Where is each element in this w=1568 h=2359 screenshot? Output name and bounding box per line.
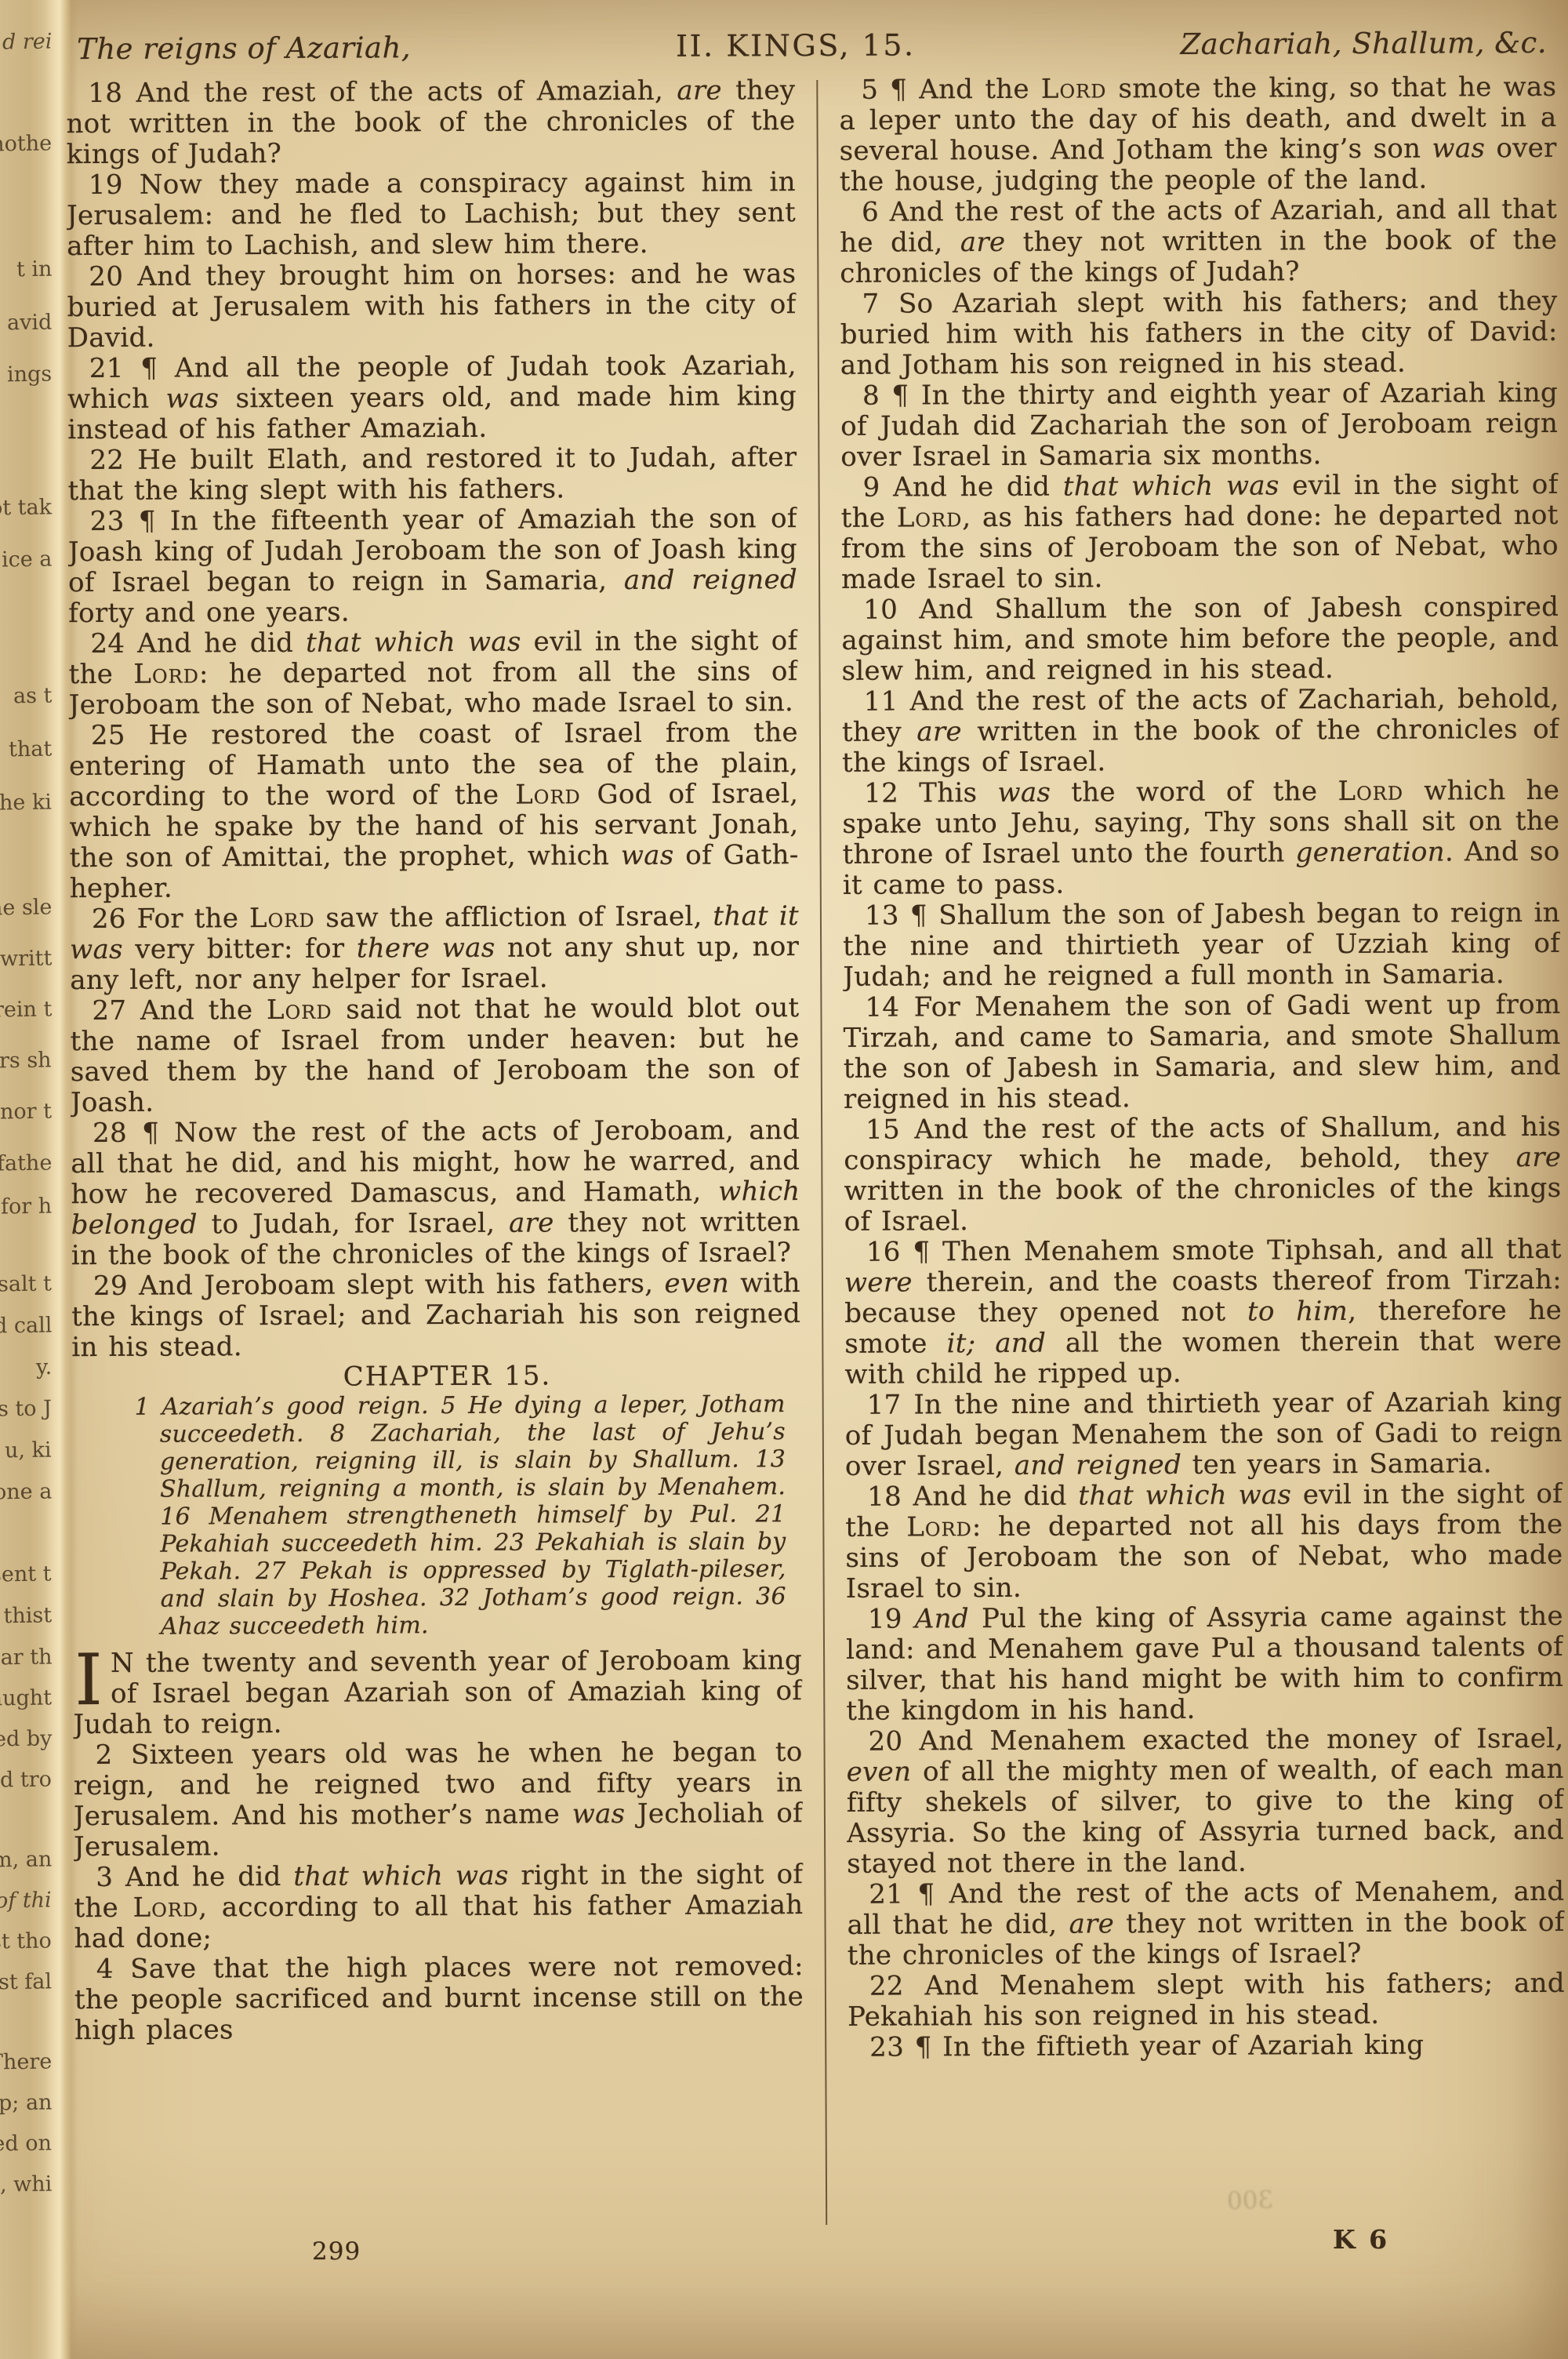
verse-18: 18 And he did that which was evil in the… (845, 1479, 1563, 1605)
verse-21: 21 ¶ And all the people of Judah took Az… (67, 351, 797, 445)
verse-11: 11 And the rest of the acts of Zachariah… (842, 684, 1560, 779)
drop-cap: I (73, 1648, 111, 1710)
edge-text-fragment: ers sh (0, 1048, 52, 1073)
edge-text-fragment: writt (0, 947, 52, 972)
header-left: The reigns of Azariah, (77, 31, 411, 66)
verse-23: 23 ¶ In the fiftieth year of Azariah kin… (848, 2030, 1565, 2063)
chapter-heading: CHAPTER 15. (71, 1360, 800, 1394)
edge-text-fragment: d rei (2, 30, 52, 55)
verse-27: 27 And the Lord said not that he would b… (70, 993, 800, 1118)
verse-15: 15 And the rest of the acts of Shallum, … (844, 1112, 1562, 1238)
left-column-verses: 18 And the rest of the acts of Amaziah, … (66, 75, 800, 1363)
edge-text-fragment: d tro (0, 1768, 52, 1793)
verse-number: 6 (862, 197, 890, 228)
verse-number: 21 ¶ (869, 1878, 949, 1910)
edge-text-fragment: ked on (0, 2131, 52, 2156)
verse-24: 24 And he did that which was evil in the… (68, 626, 798, 721)
verse-16: 16 ¶ Then Menahem smote Tiphsah, and all… (844, 1234, 1563, 1390)
verse-2: 2 Sixteen years old was he when he began… (74, 1737, 804, 1863)
page-number: 299 (312, 2237, 361, 2266)
show-through-ghost: 300 (1226, 2186, 1273, 2215)
verse-number: 29 (93, 1270, 139, 1302)
verse-9: 9 And he did that which was evil in the … (840, 470, 1559, 595)
running-header: The reigns of Azariah, II. KINGS, 15. Za… (66, 25, 1556, 72)
edge-text-fragment: u, ki (5, 1438, 52, 1463)
verse-number: 15 (866, 1114, 914, 1145)
header-right: Zachariah, Shallum, &c. (1180, 26, 1547, 61)
verse-28: 28 ¶ Now the rest of the acts of Jeroboa… (71, 1115, 800, 1271)
edge-text-fragment: salt t (0, 1272, 52, 1297)
verse-5: 5 ¶ And the Lord smote the king, so that… (839, 72, 1557, 198)
verse-number: 8 ¶ (862, 380, 921, 411)
edge-text-fragment: mothe (0, 131, 52, 156)
verse-number: 7 (862, 289, 898, 320)
edge-text-fragment: There (0, 2049, 52, 2074)
verse-17: 17 In the nine and thirtieth year of Aza… (845, 1387, 1563, 1482)
verse-number: 4 (96, 1954, 131, 1985)
edge-text-fragment: avid (7, 311, 53, 336)
verse-number: 23 ¶ (90, 506, 170, 537)
verse-number: 22 (89, 445, 137, 476)
verse-6: 6 And the rest of the acts of Azariah, a… (840, 194, 1558, 289)
verse-number: 13 ¶ (865, 900, 938, 931)
right-column-verses: 5 ¶ And the Lord smote the king, so that… (839, 72, 1565, 2063)
edge-text-fragment: as t (13, 684, 52, 709)
verse-20: 20 And they brought him on horses: and h… (67, 259, 797, 354)
verse-20: 20 And Menahem exacted the money of Isra… (846, 1724, 1564, 1880)
edge-text-fragment: for h (1, 1194, 53, 1219)
edge-text-fragment: e thist (0, 1603, 52, 1628)
verse-22: 22 And Menahem slept with his fathers; a… (848, 1968, 1565, 2033)
edge-text-fragment: fathe (0, 1151, 52, 1176)
edge-text-fragment: that (9, 737, 53, 762)
verse-29: 29 And Jeroboam slept with his fathers, … (71, 1268, 801, 1363)
verse-number: 23 ¶ (869, 2031, 942, 2063)
verse-number: 26 (92, 903, 137, 935)
verse-14: 14 For Menahem the son of Gadi went up f… (843, 990, 1561, 1115)
verse-number: 19 (89, 169, 140, 201)
chapter-15-verses: IN the twenty and seventh year of Jerobo… (73, 1645, 804, 2046)
verse-number: 3 (96, 1862, 125, 1893)
printed-page-content: The reigns of Azariah, II. KINGS, 15. Za… (66, 25, 1566, 2265)
edge-text-fragment: rein t (0, 997, 52, 1022)
edge-text-fragment: est fal (0, 1969, 52, 1994)
chapter-summary: 1 Azariah’s good reign. 5 He dying a lep… (135, 1390, 786, 1641)
verse-1: IN the twenty and seventh year of Jerobo… (73, 1645, 803, 1740)
edge-text-fragment: he ki (0, 791, 52, 816)
verse-number: 14 (865, 991, 913, 1023)
edge-text-fragment: he sle (0, 895, 52, 920)
verse-number: 24 (90, 628, 137, 660)
edge-text-fragment: of thi (0, 1888, 52, 1914)
edge-text-fragment: ice a (1, 547, 52, 572)
verse-number: 25 (91, 720, 149, 751)
edge-text-fragment: nor t (0, 1100, 52, 1125)
edge-text-fragment: y. (36, 1355, 53, 1379)
verse-number: 27 (92, 995, 140, 1027)
verse-10: 10 And Shallum the son of Jabesh conspir… (841, 592, 1559, 687)
verse-25: 25 He restored the coast of Israel from … (69, 718, 799, 904)
right-column: 5 ¶ And the Lord smote the king, so that… (839, 72, 1566, 2262)
verse-12: 12 This was the word of the Lord which h… (842, 776, 1560, 901)
verse-number: 10 (863, 594, 919, 625)
verse-number: 16 ¶ (866, 1236, 942, 1267)
edge-text-fragment: ings (7, 362, 53, 387)
edge-text-fragment: st tho (0, 1928, 52, 1954)
verse-number: 11 (864, 685, 910, 717)
signature-mark: K 6 (1333, 2224, 1389, 2255)
verse-19: 19 And Pul the king of Assyria came agai… (846, 1601, 1564, 1727)
edge-text-fragment: s to J (0, 1397, 52, 1422)
verse-13: 13 ¶ Shallum the son of Jabesh began to … (843, 898, 1561, 993)
edge-text-fragment: one a (0, 1479, 52, 1504)
verse-number: 20 (868, 1725, 919, 1757)
edge-text-fragment: , whi (0, 2172, 52, 2197)
text-columns: 18 And the rest of the acts of Amaziah, … (66, 72, 1566, 2265)
edge-text-fragment: p; an (0, 2091, 52, 2116)
column-divider (816, 80, 827, 2225)
verse-number: 19 (868, 1603, 915, 1634)
edge-text-fragment: aught (0, 1685, 52, 1710)
verse-number: 12 (864, 777, 919, 809)
edge-text-fragment: m, an (0, 1847, 52, 1872)
verse-number: 2 (96, 1739, 132, 1771)
header-center: II. KINGS, 15. (676, 27, 916, 63)
edge-text-fragment: sent t (0, 1561, 52, 1587)
edge-text-fragment: ed by (0, 1726, 52, 1751)
page: { "colors": { "paper": "#e7d5aa", "ink":… (0, 0, 1568, 2359)
verse-26: 26 For the Lord saw the affliction of Is… (70, 901, 800, 996)
verse-number: 20 (89, 261, 137, 293)
edge-text-fragment: d call (0, 1313, 52, 1338)
verse-number: 9 (862, 472, 893, 503)
verse-number: 18 (867, 1481, 913, 1512)
verse-8: 8 ¶ In the thirty and eighth year of Aza… (840, 378, 1559, 473)
verse-18: 18 And the rest of the acts of Amaziah, … (66, 75, 796, 170)
verse-number: 28 ¶ (93, 1118, 174, 1149)
left-column: 18 And the rest of the acts of Amaziah, … (66, 75, 804, 2265)
verse-7: 7 So Azariah slept with his fathers; and… (840, 286, 1558, 381)
verse-21: 21 ¶ And the rest of the acts of Menahem… (847, 1877, 1565, 1972)
verse-number: 18 (88, 78, 136, 109)
verse-number: 22 (869, 1970, 925, 2001)
edge-text-fragment: lar th (0, 1645, 52, 1670)
verse-number: 17 (867, 1389, 914, 1420)
verse-number: 5 ¶ (861, 74, 919, 105)
verse-19: 19 Now they made a conspiracy against hi… (67, 167, 797, 262)
verse-3: 3 And he did that which was right in the… (74, 1859, 804, 1954)
verse-4: 4 Save that the high places were not rem… (74, 1951, 804, 2046)
edge-text-fragment: t in (16, 257, 52, 282)
verse-23: 23 ¶ In the fifteenth year of Amaziah th… (68, 503, 798, 629)
verse-22: 22 He built Elath, and restored it to Ju… (67, 442, 797, 507)
verse-number: 21 ¶ (89, 353, 175, 384)
edge-text-fragment: ot tak (0, 495, 52, 520)
